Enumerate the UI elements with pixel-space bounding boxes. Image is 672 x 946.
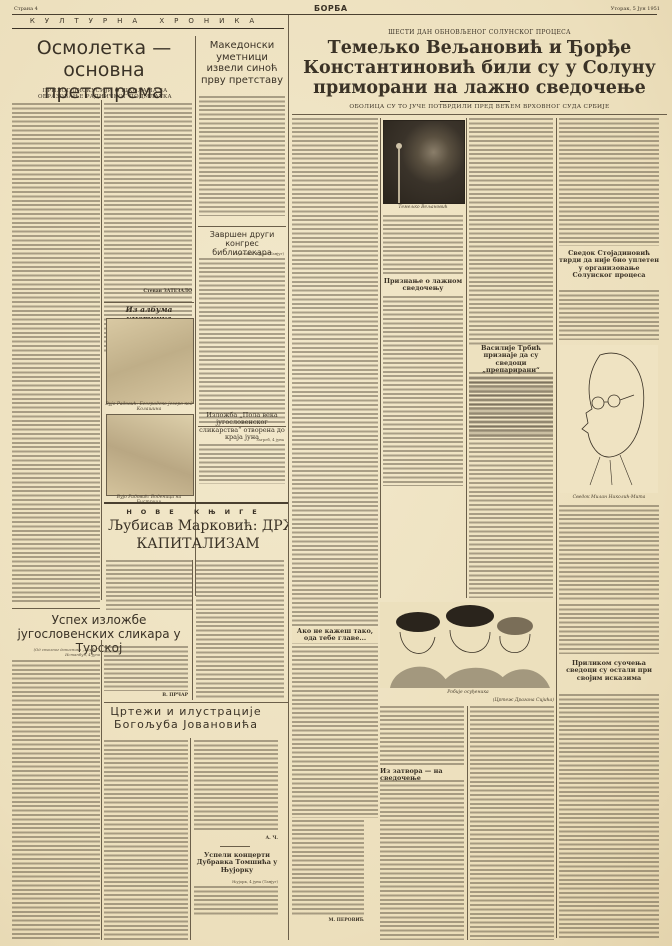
article-text-column: [292, 820, 364, 916]
story-subhead: Ако не кажеш тако, ода тебе главе...: [292, 628, 378, 643]
story-text-column: [559, 604, 659, 654]
column-divider: [288, 15, 289, 940]
story-text-column: [292, 118, 378, 818]
divider: [198, 226, 286, 227]
story-text-column: [469, 372, 553, 598]
story-text-column: [380, 706, 464, 766]
article-headline: Цртежи и илустрације Богољуба Јовановића: [104, 706, 268, 731]
story-text-column: [559, 118, 659, 246]
story-text-column: [559, 694, 659, 940]
illustration-watermill: [106, 414, 194, 496]
article-dateline: Њујорк, 4 јуна (Танјуг): [194, 880, 278, 885]
story-text-column: [559, 290, 659, 340]
newspaper-page: Страна 4 БОРБА Уторак, 5 Јун 1951 КУЛТУР…: [0, 0, 672, 946]
photo-caption: Темељко Вељановић: [383, 205, 463, 210]
story-kicker: ШЕСТИ ДАН ОБНОВЉЕНОГ СОЛУНСКОГ ПРОЦЕСА: [292, 29, 667, 36]
story-text-column: [470, 706, 554, 940]
column-rule: [192, 560, 193, 700]
article-headline: Осмолетка —: [14, 38, 194, 60]
story-deck: ОБОЛИЦА СУ ТО ЈУЧЕ ПОТВРДИЛИ ПРЕД ВЕЋЕМ …: [292, 104, 667, 110]
story-subhead: Василије Трбић признаје да су сведоци „п…: [469, 345, 553, 375]
story-text-column: [383, 296, 463, 486]
sketch-credit: (Цртеж Драгана Сијића): [470, 698, 554, 703]
page-label: Страна 4: [14, 6, 38, 12]
column-rule: [380, 118, 381, 598]
section-title: НОВЕ КЊИГЕ: [104, 508, 288, 516]
story-text-column: [383, 215, 463, 275]
article-text-column: [199, 96, 285, 216]
story-subhead: Признање о лажном сведочењу: [383, 278, 463, 293]
newspaper-masthead: БОРБА: [314, 4, 348, 13]
illustration-forest-lake: [106, 318, 194, 404]
sketch-portrait-nikolic: [560, 345, 658, 493]
section-title: КУЛТУРНА ХРОНИКА: [12, 17, 282, 25]
article-text-column: [194, 886, 278, 916]
story-headline: Темељко Вељановић и Ђорђе: [292, 38, 667, 58]
article-text-column: [199, 258, 285, 423]
story-headline: Константиновић били су у Солуну: [292, 58, 667, 78]
article-byline: Стеван ЗАТЕЗАЛО: [104, 289, 192, 294]
column-rule: [190, 738, 191, 940]
book-review-headline: КАПИТАЛИЗАМ: [108, 536, 288, 552]
article-byline: В. ПРЧАР: [104, 693, 188, 698]
divider: [220, 846, 250, 847]
article-dateline: Љубљана, 4 јуна (Танјуг): [198, 252, 284, 257]
issue-date: Уторак, 5 Јун 1951: [611, 6, 660, 12]
story-text-column: [559, 505, 659, 600]
article-byline: М. ПЕРОВИЋ: [292, 918, 364, 923]
photo-veljanovic: [383, 120, 465, 204]
article-text-column: [196, 560, 284, 610]
sketch-caption: Сведок Милан Николић-Мита: [559, 495, 659, 500]
divider: [104, 702, 288, 703]
article-byline: А. Ч.: [194, 836, 278, 841]
header-rule: [12, 14, 657, 15]
column-rule: [101, 100, 102, 600]
article-dateline: Загреб, 4 јуна: [198, 438, 284, 443]
story-headline: приморани на лажно сведочење: [292, 78, 667, 98]
article-text-column: [12, 103, 100, 603]
story-subhead: Приликом суочења сведоци су остали при с…: [559, 660, 659, 682]
article-text-column: [106, 560, 192, 610]
portrait-drawing: [560, 345, 658, 493]
article-text-column: [104, 646, 188, 691]
book-review-headline: Љубисав Марковић: ДРЖАВНИ: [108, 518, 288, 534]
article-subhead: ПРИЛОГ ДИСКУСИЈИ О ШКОЛАМА ЗА ОБРАЗОВАЊЕ…: [20, 88, 190, 100]
prisoners-drawing: [380, 602, 556, 688]
article-dateline: (Од сталног дописника „Борбе“) Истанбул,…: [14, 648, 100, 657]
column-rule: [467, 706, 468, 940]
article-text-column: [196, 612, 284, 700]
sketch-caption: Робије осуђеника: [380, 690, 556, 695]
illustration-caption: Вујо Радовић: Воденица на Бистрици: [104, 495, 194, 505]
article-text-column: [12, 660, 100, 940]
column-rule: [466, 118, 467, 598]
ornament-rule: [440, 101, 510, 102]
article-headline: Македонски уметници извели синоћ прву пр…: [198, 40, 286, 86]
divider: [12, 608, 100, 609]
sketch-prisoners: [380, 602, 556, 688]
column-rule: [101, 640, 102, 940]
microphone-stand: [398, 149, 400, 203]
column-rule: [556, 118, 557, 938]
divider: [104, 502, 288, 504]
section-rule: [12, 28, 284, 29]
article-text-column: [199, 444, 285, 484]
story-text-column: [380, 780, 464, 940]
story-subhead: Сведок Стојадиновић тврди да није био уп…: [559, 250, 659, 280]
article-text-column: [194, 740, 278, 832]
divider: [292, 114, 667, 115]
article-headline: Успели концерти Дубравка Томшића у Њујор…: [194, 852, 280, 874]
illustration-caption: Вујо Радовић: Београдско језеро код Кола…: [104, 402, 194, 412]
divider: [104, 302, 194, 303]
article-text-column: [104, 740, 188, 940]
